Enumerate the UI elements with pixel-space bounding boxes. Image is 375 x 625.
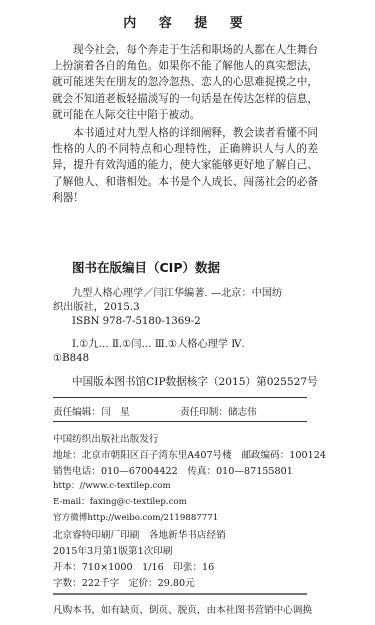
divider-credits (53, 421, 307, 422)
price-info: 字数：222千字 定价：29.80元 (53, 575, 195, 589)
cip-isbn: ISBN 978-7-5180-1369-2 (72, 315, 201, 329)
cip-entry-line-1: 九型人格心理学／闫江华编著. —北京：中国纺 (72, 287, 282, 301)
cip-classification-line-2: ①B848 (53, 352, 89, 366)
responsible-editor: 责任编辑：闫 星 (53, 404, 130, 418)
summary-title: 内 容 提 要 (0, 12, 375, 31)
publisher-weibo[interactable]: 官方微博http://weibo.com/2119887771 (53, 511, 218, 523)
summary-paragraph-2: 本书通过对九型人格的详细阐释，教会读者看懂不同性格的人的不同特点和心理特性，正确… (52, 125, 318, 206)
cip-title: 图书在版编目（CIP）数据 (72, 258, 220, 276)
publisher-address: 地址：北京市朝阳区百子湾东里A407号楼 邮政编码：100124 (53, 447, 326, 461)
divider-top (53, 397, 307, 398)
cip-classification-line-1: Ⅰ.①九… Ⅱ.①闫… Ⅲ.①人格心理学 Ⅳ. (72, 338, 245, 352)
publisher-name: 中国纺织出版社出版发行 (53, 431, 159, 445)
responsible-printing: 责任印制：储志伟 (180, 404, 257, 418)
summary-paragraph-1-text: 现今社会，每个奔走于生活和职场的人都在人生舞台上扮演着各自的角色。如果你不能了解… (52, 44, 318, 121)
replacement-notice: 凡购本书，如有缺页、倒页、脱页，由本社图书营销中心调换 (53, 602, 312, 616)
printer-info: 北京睿特印刷厂印刷 各地新华书店经销 (53, 527, 226, 541)
format-info: 开本：710×1000 1/16 印张：16 (53, 559, 214, 573)
publisher-email[interactable]: E-mail：faxing@c-textilep.com (53, 495, 187, 507)
publisher-phone: 销售电话：010—67004422 传真：010—87155801 (53, 463, 293, 477)
publisher-website[interactable]: http：//www.c-textilep.com (53, 479, 171, 491)
edition-info: 2015年3月第1版第1次印刷 (53, 543, 172, 557)
summary-paragraph-1: 现今社会，每个奔走于生活和职场的人都在人生舞台上扮演着各自的角色。如果你不能了解… (52, 42, 318, 123)
summary-paragraph-2-text: 本书通过对九型人格的详细阐释，教会读者看懂不同性格的人的不同特点和心理特性，正确… (52, 127, 318, 204)
cip-entry-line-2: 织出版社，2015.3 (53, 301, 140, 315)
cip-number: 中国版本图书馆CIP数据核字（2015）第025527号 (72, 375, 318, 389)
divider-bottom (53, 593, 307, 595)
